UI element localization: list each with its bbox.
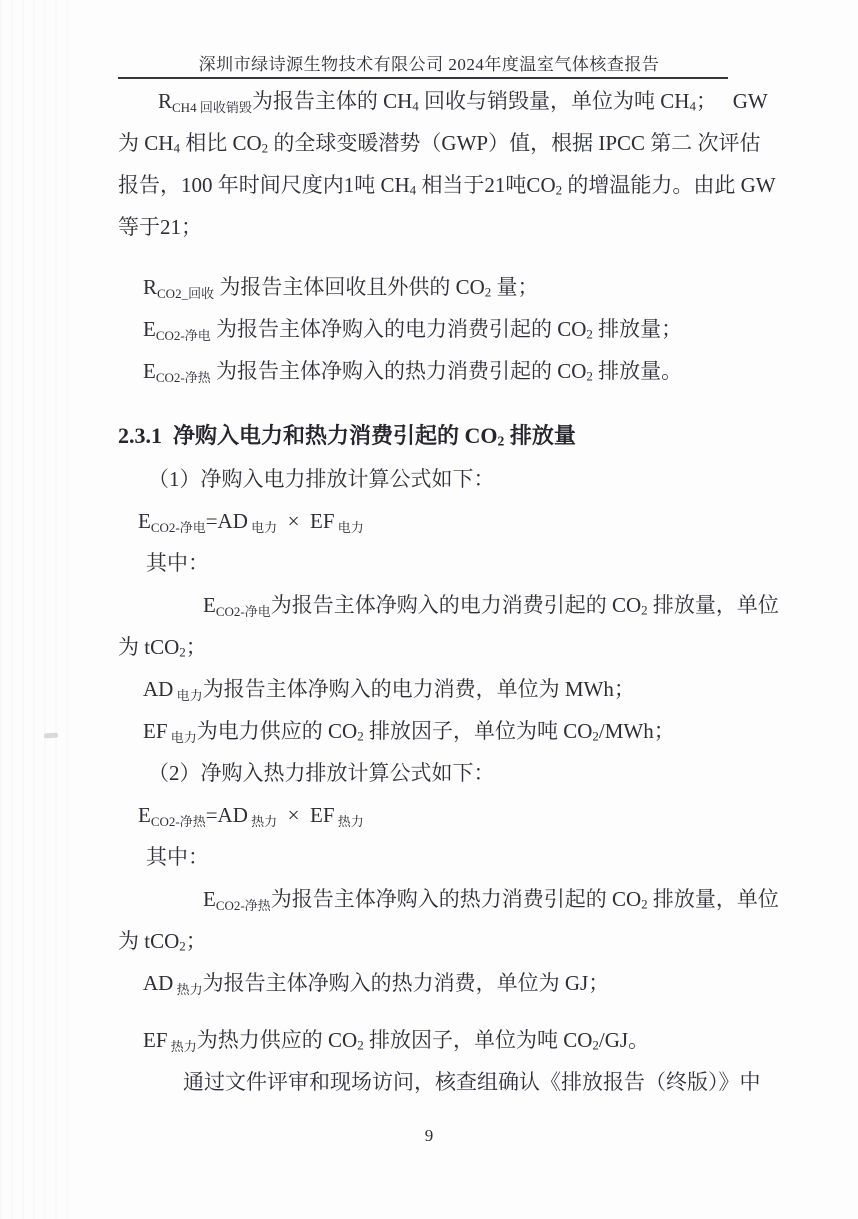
page-number: 9: [0, 1126, 858, 1146]
paragraph: RCO2_回收 为报告主体回收且外供的 CO2 量；: [118, 274, 808, 300]
subscript-run: CO2-净电: [151, 520, 206, 535]
text-run: （1）净购入电力排放计算公式如下：: [148, 467, 495, 491]
paragraph: ECO2-净热=AD 热力 × EF 热力: [118, 802, 808, 828]
text-run: 为 tCO2；: [118, 929, 207, 953]
text-run: × EF: [277, 509, 334, 533]
subscript-digit: 2: [556, 182, 563, 197]
section-heading: 2.3.1 净购入电力和热力消费引起的 CO2 排放量: [118, 422, 808, 450]
paragraph: AD 电力为报告主体净购入的电力消费，单位为 MWh；: [118, 676, 808, 702]
subscript-digit: 2: [179, 938, 186, 953]
subscript-digit: 4: [410, 182, 417, 197]
paragraph: ECO2-净热为报告主体净购入的热力消费引起的 CO2 排放量，单位: [118, 886, 808, 912]
text-run: 为报告主体净购入的电力消费，单位为 MWh；: [203, 677, 635, 701]
paragraph: 为 tCO2；: [118, 928, 808, 954]
paragraph: EF 电力为电力供应的 CO2 排放因子，单位为吨 CO2/MWh；: [118, 718, 808, 744]
report-page: 深圳市绿诗源生物技术有限公司 2024年度温室气体核查报告 RCH4 回收销毁为…: [0, 0, 858, 1219]
text-run: 为报告主体净购入的热力消费引起的 CO2 排放量。: [211, 359, 682, 383]
text-run: EF: [143, 1028, 168, 1052]
paragraph: （2）净购入热力排放计算公式如下：: [118, 760, 808, 786]
text-run: E: [203, 593, 216, 617]
text-run: =AD: [206, 803, 248, 827]
header-rule: [118, 77, 728, 79]
text-run: =AD: [206, 509, 248, 533]
text-run: 为报告主体净购入的电力消费引起的 CO2 排放量；: [211, 317, 682, 341]
paragraph: 等于21；: [118, 214, 808, 240]
text-run: E: [138, 803, 151, 827]
text-run: 等于21；: [118, 215, 202, 239]
scan-artifact: [44, 733, 58, 739]
text-run: R: [158, 89, 172, 113]
page-header-title: 深圳市绿诗源生物技术有限公司 2024年度温室气体核查报告: [0, 50, 858, 75]
subscript-digit: 2: [498, 433, 505, 448]
text-run: 为 CH4 相比 CO2 的全球变暖潜势（GWP）值，根据 IPCC 第二 次评…: [118, 131, 761, 155]
text-run: E: [203, 887, 216, 911]
text-run: × EF: [277, 803, 334, 827]
text-run: 2.3.1 净购入电力和热力消费引起的 CO2 排放量: [118, 423, 576, 448]
subscript-run: 电力: [168, 730, 197, 745]
text-run: 通过文件评审和现场访问，核查组确认《排放报告（终版）》中: [183, 1070, 761, 1094]
text-run: EF: [143, 719, 168, 743]
subscript-digit: 2: [179, 644, 186, 659]
subscript-digit: 4: [173, 140, 180, 155]
subscript-digit: 2: [485, 284, 492, 299]
subscript-digit: 2: [357, 728, 364, 743]
subscript-run: CO2-净热: [151, 814, 206, 829]
subscript-digit: 2: [641, 896, 648, 911]
text-run: （2）净购入热力排放计算公式如下：: [148, 761, 495, 785]
text-run: E: [143, 317, 156, 341]
text-run: 为 tCO2；: [118, 635, 207, 659]
document-body: RCH4 回收销毁为报告主体的 CH4 回收与销毁量，单位为吨 CH4； GW为…: [118, 84, 808, 1095]
subscript-digit: 2: [592, 1037, 599, 1052]
paragraph: 其中：: [118, 844, 808, 870]
text-run: 为报告主体回收且外供的 CO2 量；: [214, 275, 538, 299]
subscript-digit: 2: [592, 728, 599, 743]
subscript-run: CO2-净热: [216, 898, 271, 913]
text-run: 为报告主体的 CH4 回收与销毁量，单位为吨 CH4； GW: [252, 89, 768, 113]
text-run: 为报告主体净购入的电力消费引起的 CO2 排放量，单位: [271, 593, 779, 617]
subscript-run: 电力: [248, 520, 277, 535]
subscript-run: 电力: [335, 520, 364, 535]
text-run: 为报告主体净购入的热力消费，单位为 GJ；: [203, 971, 610, 995]
paragraph: 其中：: [118, 550, 808, 576]
paragraph: ECO2-净电=AD 电力 × EF 电力: [118, 508, 808, 534]
paragraph: EF 热力为热力供应的 CO2 排放因子，单位为吨 CO2/GJ。: [118, 1027, 808, 1053]
subscript-digit: 4: [689, 98, 696, 113]
text-run: 为报告主体净购入的热力消费引起的 CO2 排放量，单位: [271, 887, 779, 911]
paragraph: 报告，100 年时间尺度内1吨 CH4 相当于21吨CO2 的增温能力。由此 G…: [118, 172, 808, 198]
subscript-run: 热力: [248, 814, 277, 829]
paragraph: ECO2-净电 为报告主体净购入的电力消费引起的 CO2 排放量；: [118, 316, 808, 342]
paragraph: ECO2-净热 为报告主体净购入的热力消费引起的 CO2 排放量。: [118, 358, 808, 384]
subscript-run: CO2-净热: [156, 370, 211, 385]
paragraph: ECO2-净电为报告主体净购入的电力消费引起的 CO2 排放量，单位: [118, 592, 808, 618]
paragraph: （1）净购入电力排放计算公式如下：: [118, 466, 808, 492]
subscript-digit: 2: [262, 140, 269, 155]
subscript-digit: 2: [586, 326, 593, 341]
subscript-digit: 4: [412, 98, 419, 113]
text-run: 为热力供应的 CO2 排放因子，单位为吨 CO2/GJ。: [197, 1028, 649, 1052]
paragraph: RCH4 回收销毁为报告主体的 CH4 回收与销毁量，单位为吨 CH4； GW: [118, 88, 808, 114]
subscript-run: 热力: [173, 982, 202, 997]
text-run: AD: [143, 971, 173, 995]
subscript-digit: 2: [357, 1037, 364, 1052]
paragraph: 为 CH4 相比 CO2 的全球变暖潜势（GWP）值，根据 IPCC 第二 次评…: [118, 130, 808, 156]
text-run: 其中：: [146, 845, 209, 869]
subscript-digit: 2: [586, 368, 593, 383]
text-run: 报告，100 年时间尺度内1吨 CH4 相当于21吨CO2 的增温能力。由此 G…: [118, 173, 776, 197]
subscript-run: 电力: [173, 688, 202, 703]
text-run: R: [143, 275, 157, 299]
text-run: 为电力供应的 CO2 排放因子，单位为吨 CO2/MWh；: [197, 719, 675, 743]
subscript-run: CO2_回收: [157, 286, 214, 301]
subscript-digit: 2: [641, 602, 648, 617]
paragraph: 通过文件评审和现场访问，核查组确认《排放报告（终版）》中: [118, 1069, 808, 1095]
paragraph: AD 热力为报告主体净购入的热力消费，单位为 GJ；: [118, 970, 808, 996]
text-run: E: [138, 509, 151, 533]
subscript-run: 热力: [335, 814, 364, 829]
subscript-run: CH4 回收销毁: [172, 100, 252, 115]
text-run: 其中：: [146, 551, 209, 575]
text-run: AD: [143, 677, 173, 701]
paragraph: 为 tCO2；: [118, 634, 808, 660]
subscript-run: CO2-净电: [216, 604, 271, 619]
subscript-run: 热力: [168, 1039, 197, 1054]
subscript-run: CO2-净电: [156, 328, 211, 343]
text-run: E: [143, 359, 156, 383]
